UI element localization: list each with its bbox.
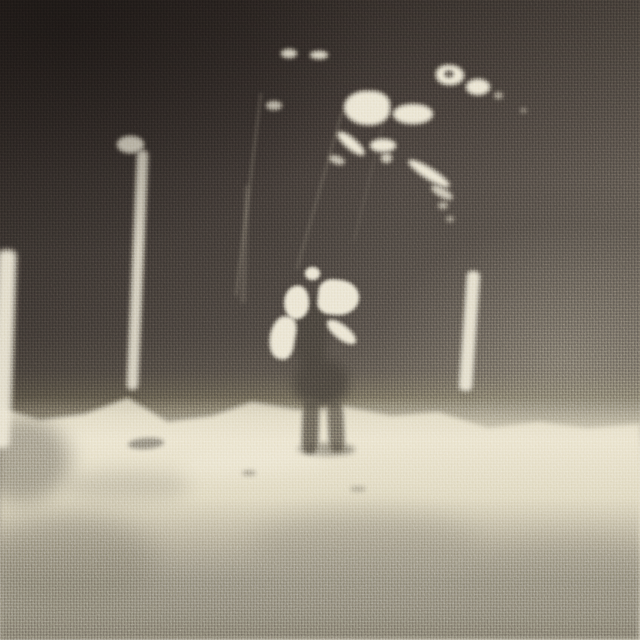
grass-foreground: [0, 0, 640, 640]
grass-band: [0, 398, 640, 640]
vintage-photograph: [0, 0, 640, 640]
